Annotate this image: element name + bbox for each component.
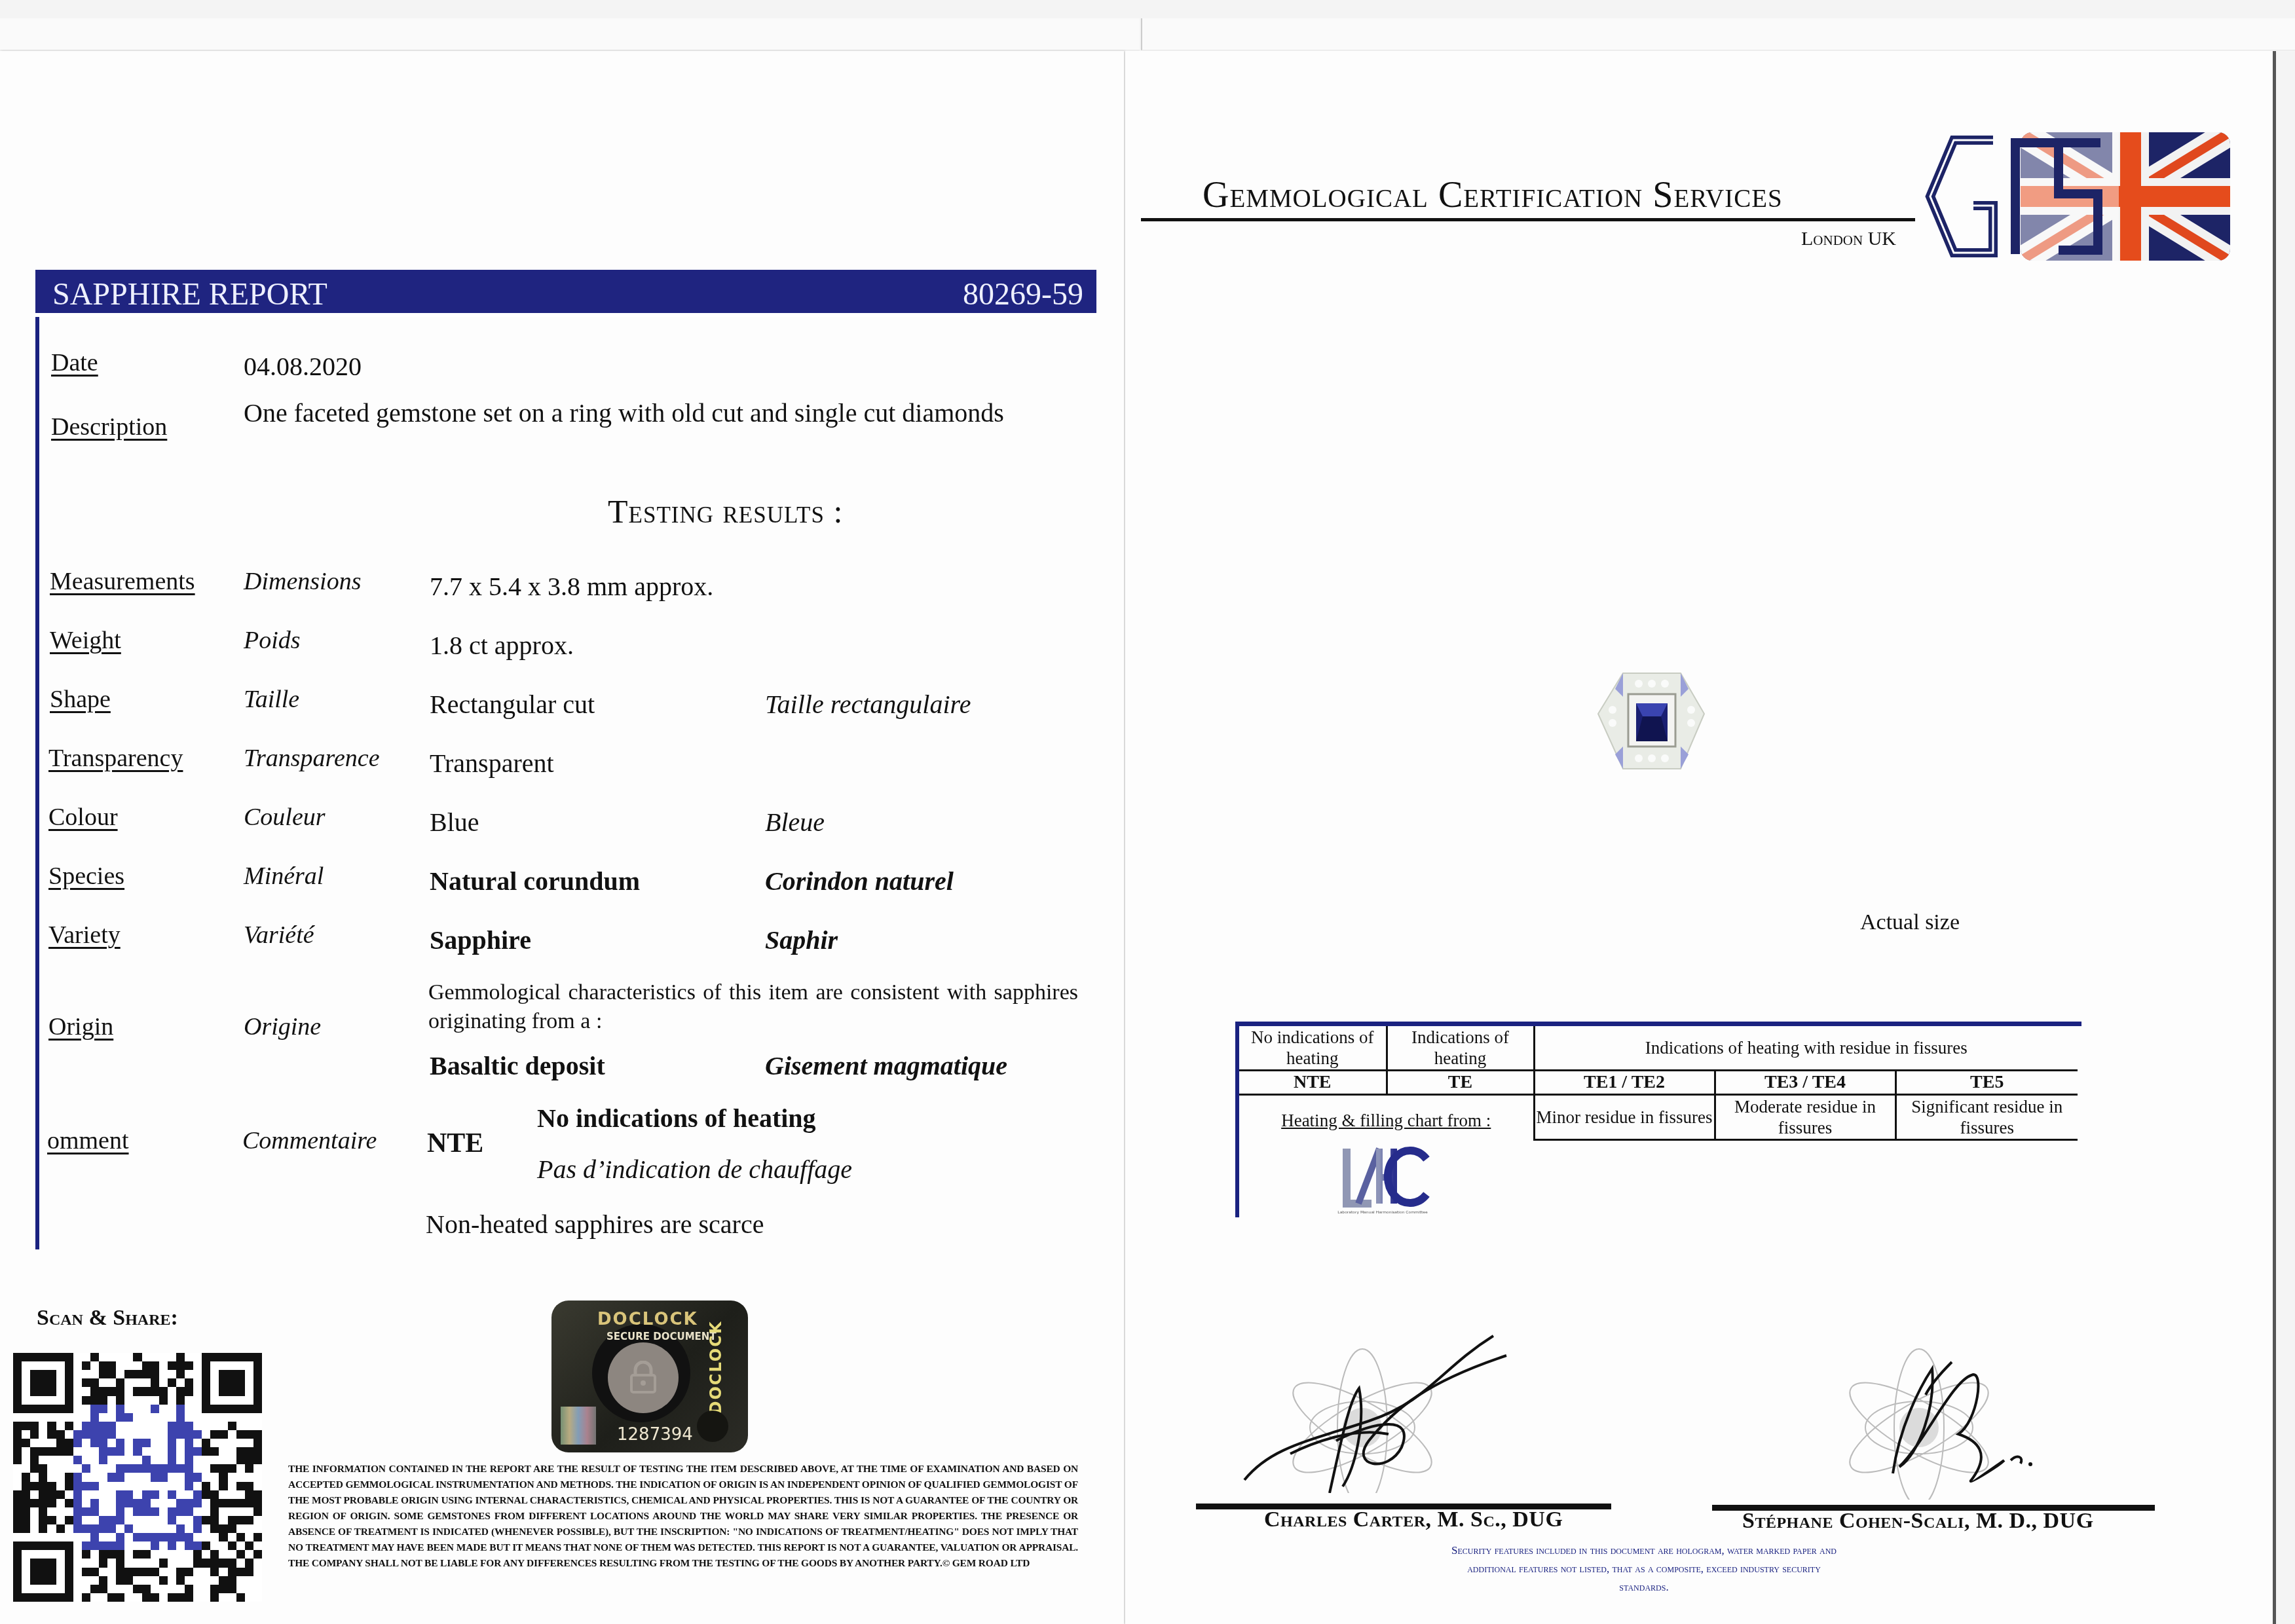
code-te5: TE5 <box>1895 1071 2078 1095</box>
hologram-dot <box>697 1411 728 1442</box>
row-value-measurements: 7.7 x 5.4 x 3.8 mm approx. <box>430 571 713 602</box>
code-nte: NTE <box>1239 1071 1387 1095</box>
origin-note: Gemmological characteristics of this ite… <box>428 978 1078 1036</box>
chart-source-label: Heating & filling chart from : <box>1239 1110 1533 1131</box>
origin-value-fr: Gisement magmatique <box>765 1050 1007 1081</box>
row-value-variety: Sapphire <box>430 925 531 955</box>
signatory-2-name: Stéphane Cohen-Scali, M. D., DUG <box>1742 1509 2094 1534</box>
code-te3-te4: TE3 / TE4 <box>1715 1071 1895 1095</box>
row-value-species: Natural corundum <box>430 866 640 896</box>
row-label-fr-variete: Variété <box>244 921 314 950</box>
row-label-transparency: Transparency <box>48 744 183 773</box>
hologram-subtitle: SECURE DOCUMENT <box>606 1331 717 1342</box>
comment-code: NTE <box>427 1128 483 1159</box>
row-label-fr-dimensions: Dimensions <box>244 567 361 596</box>
row-label-fr-couleur: Couleur <box>244 803 326 832</box>
residue-significant: Significant residue in fissures <box>1895 1095 2078 1140</box>
row-value-fr-species: Corindon naturel <box>765 866 954 896</box>
actual-size-label: Actual size <box>1860 910 1960 935</box>
hologram-serial: 1287394 <box>617 1425 693 1445</box>
hologram-foil <box>561 1407 596 1445</box>
residue-minor: Minor residue in fissures <box>1534 1095 1715 1140</box>
row-value-colour: Blue <box>430 807 479 838</box>
previous-page-edge <box>0 18 1140 50</box>
header-rule <box>1141 218 1915 221</box>
legal-disclaimer: The information contained in the report … <box>288 1462 1078 1572</box>
padlock-icon <box>629 1361 658 1393</box>
origin-label: Origin <box>48 1012 113 1041</box>
row-label-fr-taille: Taille <box>244 685 299 714</box>
row-label-fr-poids: Poids <box>244 626 301 655</box>
row-label-weight: Weight <box>50 626 121 655</box>
signature-charles-carter <box>1231 1329 1520 1493</box>
chart-source-cell: Heating & filling chart from : <box>1239 1095 1534 1140</box>
header-indications: Indications of heating <box>1387 1026 1534 1071</box>
ring-photo <box>1589 671 1715 771</box>
header-no-indications: No indications of heating <box>1239 1026 1387 1071</box>
company-city: London UK <box>1801 228 1896 250</box>
lmhc-caption: Laboratory Manual Harmonisation Committe… <box>1334 1210 1432 1215</box>
origin-label-fr: Origine <box>244 1012 321 1041</box>
residue-moderate: Moderate residue in fissures <box>1715 1095 1895 1140</box>
row-value-transparency: Transparent <box>430 748 554 779</box>
row-label-species: Species <box>48 862 124 891</box>
row-value-weight: 1.8 ct approx. <box>430 630 574 661</box>
company-name: Gemmological Certification Services <box>1203 174 1783 216</box>
previous-page-edge <box>1141 18 2295 50</box>
comment-value-fr: Pas d’indication de chauffage <box>537 1154 852 1185</box>
comment-note: Non-heated sapphires are scarce <box>426 1209 764 1240</box>
origin-value: Basaltic deposit <box>430 1050 605 1081</box>
signatory-1-name: Charles Carter, M. Sc., DUG <box>1264 1507 1563 1532</box>
row-label-variety: Variety <box>48 921 121 950</box>
scan-share-heading: Scan & Share: <box>37 1306 178 1331</box>
comment-label-fr: Commentaire <box>242 1126 377 1155</box>
report-header-bar: SAPPHIRE REPORT 80269-59 <box>35 270 1096 317</box>
row-label-fr-transparence: Transparence <box>244 744 380 773</box>
qr-code[interactable] <box>13 1353 262 1602</box>
report-number: 80269-59 <box>963 276 1083 312</box>
doclock-hologram-seal: DOCLOCK SECURE DOCUMENT DOCLOCK 1287394 <box>551 1301 748 1452</box>
code-te: TE <box>1387 1071 1534 1095</box>
row-label-colour: Colour <box>48 803 118 832</box>
signature-stephane-cohen-scali <box>1821 1329 2096 1500</box>
hologram-brand: DOCLOCK <box>597 1310 698 1329</box>
lmhc-logo <box>1334 1143 1432 1209</box>
hologram-side-text: DOCLOCK <box>707 1321 725 1414</box>
comment-label: omment <box>47 1126 129 1155</box>
row-label-shape: Shape <box>50 685 111 714</box>
gcs-union-flag-logo <box>1922 132 2230 261</box>
comment-value: No indications of heating <box>537 1103 816 1134</box>
header-residue: Indications of heating with residue in f… <box>1534 1026 2078 1071</box>
code-te1-te2: TE1 / TE2 <box>1534 1071 1715 1095</box>
row-value-shape: Rectangular cut <box>430 689 595 720</box>
description-value: One faceted gemstone set on a ring with … <box>244 396 1081 431</box>
row-value-fr-shape: Taille rectangulaire <box>765 689 971 720</box>
row-value-fr-variety: Saphir <box>765 925 838 955</box>
date-label: Date <box>51 348 98 377</box>
row-label-fr-mineral: Minéral <box>244 862 324 891</box>
description-label: Description <box>51 413 167 441</box>
heating-table: No indications of heating Indications of… <box>1239 1026 2078 1141</box>
security-features-note: Security features included in this docum… <box>1447 1541 1840 1596</box>
testing-results-heading: Testing results : <box>608 492 843 530</box>
report-title: SAPPHIRE REPORT <box>52 276 327 312</box>
row-value-fr-colour: Bleue <box>765 807 825 838</box>
date-value: 04.08.2020 <box>244 351 362 382</box>
row-label-measurements: Measurements <box>50 567 195 596</box>
